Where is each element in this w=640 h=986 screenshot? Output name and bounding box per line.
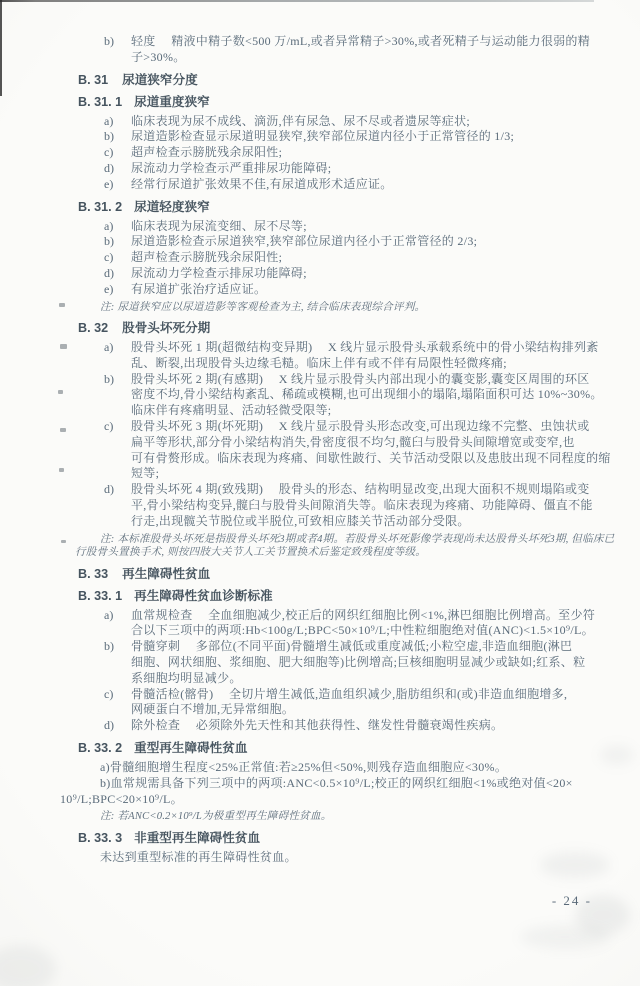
text-line: 行股骨头置换手术, 则按四肢大关节人工关节置换术后鉴定致残程度等级。 (75, 546, 600, 560)
text-line: 合以下三项中的两项:Hb<100g/L;BPC<50×10⁹/L;中性粒细胞绝对… (131, 623, 604, 639)
heading-title: 非重型再生障碍性贫血 (134, 830, 260, 846)
scan-smudge (0, 945, 56, 986)
list-item: d)除外检查 必须除外先天性和其他获得性、继发性骨髓衰竭性疾病。 (104, 718, 604, 734)
text-line: 可有骨赘形成。临床表现为疼痛、间歇性跛行、关节活动受限以及患肢出现不同程度的缩 (131, 451, 604, 467)
text-line: 10⁹/L;BPC<20×10⁹/L。 (60, 792, 604, 808)
heading-number: B. 31. 2 (78, 199, 122, 215)
text-line: 扁平等形状,部分骨小梁结构消失,骨密度很不均匀,髋臼与股骨头间隙增宽或变窄,也 (131, 435, 604, 451)
heading-number: B. 31. 1 (78, 94, 122, 110)
page-number: - 24 - (552, 893, 592, 909)
list-item: c)股骨头坏死 3 期(坏死期) X 线片显示股骨头形态改变,可出现边缘不完整、… (104, 419, 604, 482)
text-line: 尿道造影检查显示尿道明显狭窄,狭窄部位尿道内径小于正常管径的 1/3; (131, 129, 604, 145)
subsection-heading: B. 33. 3非重型再生障碍性贫血 (78, 830, 600, 846)
heading-title: 重型再生障碍性贫血 (134, 740, 247, 756)
text-line: 注: 本标准股骨头坏死是指股骨头坏死3期或者4期。若股骨头坏死影像学表现尚未达股… (75, 533, 600, 547)
list-item-label: d) (104, 161, 114, 177)
list-item-label: a) (104, 340, 113, 356)
list-item: d)尿流动力学检查示严重排尿功能障碍; (104, 161, 604, 177)
list-item: b)尿道造影检查示尿道狭窄,狭窄部位尿道内径小于正常管径的 2/3; (104, 234, 604, 250)
list-item-label: d) (104, 266, 114, 282)
text-line: 尿道造影检查示尿道狭窄,狭窄部位尿道内径小于正常管径的 2/3; (131, 234, 604, 250)
section-heading: B. 31尿道狭窄分度 (78, 72, 600, 88)
list-item: d)股骨头坏死 4 期(致残期) 股骨头的形态、结构明显改变,出现大面积不规则塌… (104, 482, 604, 529)
text-line: 股骨头坏死 4 期(致残期) 股骨头的形态、结构明显改变,出现大面积不规则塌陷或… (131, 482, 604, 498)
subsection-heading: B. 33. 1再生障碍性贫血诊断标准 (78, 588, 600, 604)
heading-title: 尿道狭窄分度 (122, 72, 198, 88)
text-line: 子>30%。 (131, 50, 604, 66)
list-item-label: d) (104, 482, 114, 498)
list-item-label: c) (104, 419, 113, 435)
list-item: b)骨髓穿刺 多部位(不同平面)骨髓增生减低或重度减低;小粒空虚,非造血细胞(淋… (104, 639, 604, 686)
text-line: 未达到重型标准的再生障碍性贫血。 (60, 850, 604, 866)
list-item: a)临床表现为尿流变细、尿不尽等; (104, 219, 604, 235)
text-line: 临床表现为尿不成线、滴沥,伴有尿急、尿不尽或者遗尿等症状; (131, 114, 604, 130)
list-item-label: c) (104, 145, 113, 161)
paragraph: a)骨髓细胞增生程度<25%正常值:若≥25%但<50%,则残存造血细胞应<30… (60, 760, 604, 776)
text-line: 有尿道扩张治疗适应证。 (131, 282, 604, 298)
heading-number: B. 33 (78, 566, 108, 582)
list-item-label: c) (104, 250, 113, 266)
heading-title: 股骨头坏死分期 (122, 320, 210, 336)
list-item-label: b) (104, 34, 114, 50)
section-heading: B. 32股骨头坏死分期 (78, 320, 600, 336)
document-content: b)轻度 精液中精子数<500 万/mL,或者异常精子>30%,或者死精子与运动… (0, 34, 640, 866)
text-line: 超声检查示膀胱残余尿阳性; (131, 145, 604, 161)
list-item-label: e) (104, 177, 113, 193)
list-item-label: a) (104, 114, 113, 130)
list-item: e)经常行尿道扩张效果不佳,有尿道成形术适应证。 (104, 177, 604, 193)
list-item: b)尿道造影检查显示尿道明显狭窄,狭窄部位尿道内径小于正常管径的 1/3; (104, 129, 604, 145)
text-line: 股骨头坏死 2 期(有感期) X 线片显示股骨头内部出现小的囊变影,囊变区周围的… (131, 372, 604, 388)
list-item: b)股骨头坏死 2 期(有感期) X 线片显示股骨头内部出现小的囊变影,囊变区周… (104, 372, 604, 419)
text-line: a)骨髓细胞增生程度<25%正常值:若≥25%但<50%,则残存造血细胞应<30… (60, 760, 604, 776)
list-item-label: b) (104, 234, 114, 250)
text-line: 临床伴有疼痛明显、活动轻微受限等; (131, 403, 604, 419)
text-line: 短等; (131, 466, 604, 482)
text-line: 骨髓活检(髂骨) 全切片增生减低,造血组织减少,脂肪组织和(或)非造血细胞增多, (131, 687, 604, 703)
document-page: b)轻度 精液中精子数<500 万/mL,或者异常精子>30%,或者死精子与运动… (0, 0, 640, 986)
list-item: c)骨髓活检(髂骨) 全切片增生减低,造血组织减少,脂肪组织和(或)非造血细胞增… (104, 687, 604, 719)
text-line: 轻度 精液中精子数<500 万/mL,或者异常精子>30%,或者死精子与运动能力… (131, 34, 604, 50)
heading-title: 尿道重度狭窄 (134, 94, 210, 110)
list-item: c)超声检查示膀胱残余尿阳性; (104, 250, 604, 266)
text-line: 除外检查 必须除外先天性和其他获得性、继发性骨髓衰竭性疾病。 (131, 718, 604, 734)
list-item: b)轻度 精液中精子数<500 万/mL,或者异常精子>30%,或者死精子与运动… (104, 34, 604, 66)
text-line: 骨髓穿刺 多部位(不同平面)骨髓增生减低或重度减低;小粒空虚,非造血细胞(淋巴 (131, 639, 604, 655)
heading-title: 尿道轻度狭窄 (134, 199, 210, 215)
heading-number: B. 32 (78, 320, 108, 336)
list-item: c)超声检查示膀胱残余尿阳性; (104, 145, 604, 161)
list-item-label: b) (104, 639, 114, 655)
text-line: 密度不均,骨小梁结构紊乱、稀疏或模糊,也可出现细小的塌陷,塌陷面积可达 10%~… (131, 387, 604, 403)
list-item-label: e) (104, 282, 113, 298)
list-item-label: b) (104, 129, 114, 145)
paragraph: 未达到重型标准的再生障碍性贫血。 (60, 850, 604, 866)
text-line: 乱、断裂,出现股骨头边缘毛糙。临床上伴有或不伴有局限性轻微疼痛; (131, 356, 604, 372)
subsection-heading: B. 31. 2尿道轻度狭窄 (78, 199, 600, 215)
list-item-label: a) (104, 608, 113, 624)
text-line: 平,骨小梁结构变异,髋臼与股骨头间隙消失等。临床表现为疼痛、功能障碍、僵直不能 (131, 498, 604, 514)
heading-number: B. 33. 1 (78, 588, 122, 604)
text-line: 网硬蛋白不增加,无异常细胞。 (131, 702, 604, 718)
note: 注: 本标准股骨头坏死是指股骨头坏死3期或者4期。若股骨头坏死影像学表现尚未达股… (75, 533, 600, 560)
heading-number: B. 33. 3 (78, 830, 122, 846)
heading-number: B. 31 (78, 72, 108, 88)
list-item-label: d) (104, 718, 114, 734)
heading-title: 再生障碍性贫血 (122, 566, 210, 582)
list-item: a)股骨头坏死 1 期(超微结构变异期) X 线片显示股骨头承载系统中的骨小梁结… (104, 340, 604, 372)
list-item: e)有尿道扩张治疗适应证。 (104, 282, 604, 298)
list-item: a)临床表现为尿不成线、滴沥,伴有尿急、尿不尽或者遗尿等症状; (104, 114, 604, 130)
note: 注: 若ANC<0.2×10⁹/L为极重型再生障碍性贫血。 (75, 810, 600, 824)
text-line: 系细胞均明显减少。 (131, 671, 604, 687)
text-line: 超声检查示膀胱残余尿阳性; (131, 250, 604, 266)
text-line: 经常行尿道扩张效果不佳,有尿道成形术适应证。 (131, 177, 604, 193)
subsection-heading: B. 33. 2重型再生障碍性贫血 (78, 740, 600, 756)
text-line: 尿流动力学检查示排尿功能障碍; (131, 266, 604, 282)
list-item-label: b) (104, 372, 114, 388)
text-line: 股骨头坏死 1 期(超微结构变异期) X 线片显示股骨头承载系统中的骨小梁结构排… (131, 340, 604, 356)
scan-artifact-top-edge (0, 0, 594, 2)
text-line: 股骨头坏死 3 期(坏死期) X 线片显示股骨头形态改变,可出现边缘不完整、虫蚀… (131, 419, 604, 435)
text-line: 临床表现为尿流变细、尿不尽等; (131, 219, 604, 235)
list-item-label: c) (104, 687, 113, 703)
section-heading: B. 33再生障碍性贫血 (78, 566, 600, 582)
text-line: 细胞、网状细胞、浆细胞、肥大细胞等)比例增高;巨核细胞明显减少或缺如;红系、粒 (131, 655, 604, 671)
text-line: 注: 尿道狭窄应以尿道造影等客观检查为主, 结合临床表现综合评判。 (75, 301, 600, 315)
list-item: d)尿流动力学检查示排尿功能障碍; (104, 266, 604, 282)
subsection-heading: B. 31. 1尿道重度狭窄 (78, 94, 600, 110)
heading-title: 再生障碍性贫血诊断标准 (134, 588, 273, 604)
note: 注: 尿道狭窄应以尿道造影等客观检查为主, 结合临床表现综合评判。 (75, 301, 600, 315)
list-item-label: a) (104, 219, 113, 235)
text-line: 尿流动力学检查示严重排尿功能障碍; (131, 161, 604, 177)
text-line: 血常规检查 全血细胞减少,校正后的网织红细胞比例<1%,淋巴细胞比例增高。至少符 (131, 608, 604, 624)
text-line: b)血常规需具备下列三项中的两项:ANC<0.5×10⁹/L;校正的网织红细胞<… (60, 776, 604, 792)
heading-number: B. 33. 2 (78, 740, 122, 756)
paragraph: b)血常规需具备下列三项中的两项:ANC<0.5×10⁹/L;校正的网织红细胞<… (60, 776, 604, 808)
text-line: 行走,出现髋关节脱位或半脱位,可致相应膝关节活动部分受限。 (131, 514, 604, 530)
text-line: 注: 若ANC<0.2×10⁹/L为极重型再生障碍性贫血。 (75, 810, 600, 824)
list-item: a)血常规检查 全血细胞减少,校正后的网织红细胞比例<1%,淋巴细胞比例增高。至… (104, 608, 604, 640)
scan-smudge (520, 925, 610, 949)
